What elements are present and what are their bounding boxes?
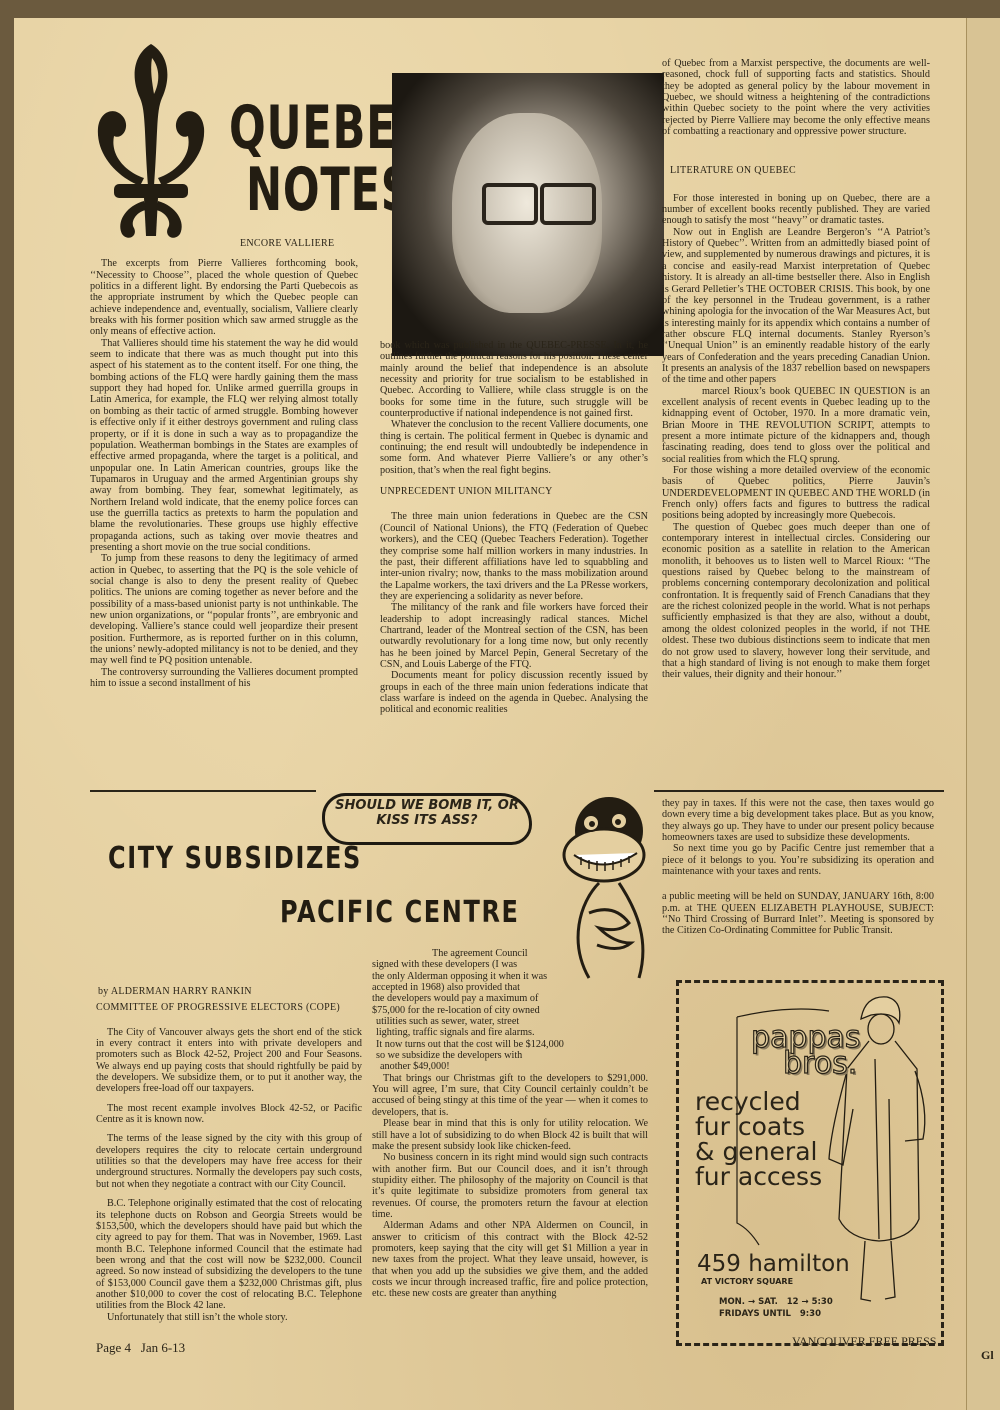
ad-address: 459 hamilton: [697, 1251, 850, 1277]
wrapped-line: It now turns out that the cost will be $…: [376, 1039, 648, 1050]
paragraph: The City of Vancouver always gets the sh…: [96, 1027, 362, 1095]
quebec-notes-column-1: ENCORE VALLIERE The excerpts from Pierre…: [90, 238, 358, 689]
paragraph: The three main union federations in Queb…: [380, 511, 648, 602]
tagline-line: & general: [695, 1139, 822, 1164]
public-meeting-notice: a public meeting will be held on SUNDAY,…: [662, 891, 934, 936]
ad-hours: MON. → SAT. 12 → 5:30 FRIDAYS UNTIL 9:30: [719, 1296, 833, 1320]
hours-line: MON. → SAT. 12 → 5:30: [719, 1296, 833, 1308]
tagline-line: fur access: [695, 1164, 822, 1189]
wrapped-line: accepted in 1968) also provided that: [372, 982, 648, 993]
city-article-column-2: The agreement Council signed with these …: [372, 948, 648, 1300]
wrapped-line: signed with these developers (I was: [372, 959, 648, 970]
newspaper-page: QUEBEC NOTES ENCORE VALLIERE The excerpt…: [14, 18, 966, 1410]
paragraph: That brings our Christmas gift to the de…: [372, 1073, 648, 1118]
cartoon-speech-bubble: SHOULD WE BOMB IT, OR KISS ITS ASS?: [322, 793, 532, 845]
quebec-notes-title-line2: NOTES: [246, 160, 413, 220]
paragraph: The excerpts from Pierre Vallieres forth…: [90, 258, 358, 337]
quebec-notes-column-2: book which was published in the QUEBEC-P…: [380, 340, 648, 716]
wrapped-line: The agreement Council: [432, 948, 648, 959]
wrapped-line: another $49,000!: [380, 1061, 648, 1072]
paragraph: Whatever the conclusion to the recent Va…: [380, 419, 648, 476]
pappas-bros-advertisement: pappas bros. recycled fur coats & genera…: [676, 980, 944, 1346]
paragraph: Please bear in mind that this is only fo…: [372, 1118, 648, 1152]
headline-city-subsidizes: CITY SUBSIDIZES: [108, 841, 362, 876]
section-heading-union-militancy: UNPRECEDENT UNION MILITANCY: [380, 486, 648, 497]
section-heading-encore-valliere: ENCORE VALLIERE: [240, 238, 358, 249]
ad-tagline: recycled fur coats & general fur access: [695, 1089, 822, 1189]
paragraph: For those wishing a more detailed overvi…: [662, 465, 930, 522]
pappas-bros-logo: pappas bros.: [751, 1025, 861, 1077]
paragraph: The question of Quebec goes much deeper …: [662, 522, 930, 681]
portrait-photo: [392, 73, 664, 356]
wrapped-line: $75,000 for the re-location of city owne…: [372, 1005, 648, 1016]
paragraph: The militancy of the rank and file worke…: [380, 602, 648, 670]
headline-pacific-centre: PACIFIC CENTRE: [280, 895, 520, 930]
section-divider-left: [90, 790, 316, 792]
paragraph: To jump from these reasons to deny the l…: [90, 553, 358, 666]
paragraph: Unfortunately that still isn’t the whole…: [96, 1312, 362, 1323]
wrapped-line: lighting, traffic signals and fire alarm…: [376, 1027, 648, 1038]
tagline-line: recycled: [695, 1089, 822, 1114]
brand-line-2: bros.: [783, 1051, 861, 1077]
wrapped-line: the only Alderman opposing it when it wa…: [372, 971, 648, 982]
byline-affiliation: COMMITTEE OF PROGRESSIVE ELECTORS (COPE): [96, 1002, 362, 1013]
page-number-date: Page 4 Jan 6-13: [96, 1340, 185, 1356]
publication-name: VANCOUVER FREE PRESS: [792, 1334, 936, 1349]
quebec-notes-column-3: of Quebec from a Marxist perspective, th…: [662, 58, 930, 681]
paragraph: they pay in taxes. If this were not the …: [662, 798, 934, 843]
paragraph: marcel Rioux’s book QUEBEC IN QUESTION i…: [662, 386, 930, 465]
adjacent-page-fragment: Gl: [981, 1348, 994, 1363]
paragraph: Documents meant for policy discussion re…: [380, 670, 648, 715]
glasses-right: [540, 183, 596, 225]
tagline-line: fur coats: [695, 1114, 822, 1139]
section-divider-right: [654, 790, 944, 792]
paragraph: book which was published in the QUEBEC-P…: [380, 340, 648, 419]
paragraph: Now out in English are Leandre Bergeron’…: [662, 227, 930, 386]
section-heading-literature: LITERATURE ON QUEBEC: [670, 165, 930, 176]
paragraph: That Vallieres should time his statement…: [90, 338, 358, 554]
wrapped-line: utilities such as sewer, water, street: [376, 1016, 648, 1027]
wrapped-line: so we subsidize the developers with: [376, 1050, 648, 1061]
city-article-column-1: by ALDERMAN HARRY RANKIN COMMITTEE OF PR…: [96, 986, 362, 1323]
ad-location: AT VICTORY SQUARE: [701, 1277, 793, 1286]
paragraph: The controversy surrounding the Valliere…: [90, 667, 358, 690]
wrapped-line: the developers would pay a maximum of: [372, 993, 648, 1004]
paragraph: No business concern in its right mind wo…: [372, 1152, 648, 1220]
byline: by ALDERMAN HARRY RANKIN: [98, 986, 362, 997]
paragraph-group: That brings our Christmas gift to the de…: [372, 1073, 648, 1300]
paragraph: So next time you go by Pacific Centre ju…: [662, 843, 934, 877]
paragraph: of Quebec from a Marxist perspective, th…: [662, 58, 930, 137]
paragraph: B.C. Telephone originally estimated that…: [96, 1198, 362, 1311]
hours-line: FRIDAYS UNTIL 9:30: [719, 1308, 833, 1320]
city-article-column-3: they pay in taxes. If this were not the …: [662, 798, 934, 937]
paragraph: For those interested in boning up on Que…: [662, 193, 930, 227]
paragraph: The most recent example involves Block 4…: [96, 1103, 362, 1126]
paragraph: The terms of the lease signed by the cit…: [96, 1133, 362, 1190]
glasses-left: [482, 183, 538, 225]
fleur-de-lis-icon: [76, 36, 226, 251]
adjacent-page-edge: Gl: [966, 18, 1000, 1410]
paragraph: Alderman Adams and other NPA Aldermen on…: [372, 1220, 648, 1299]
